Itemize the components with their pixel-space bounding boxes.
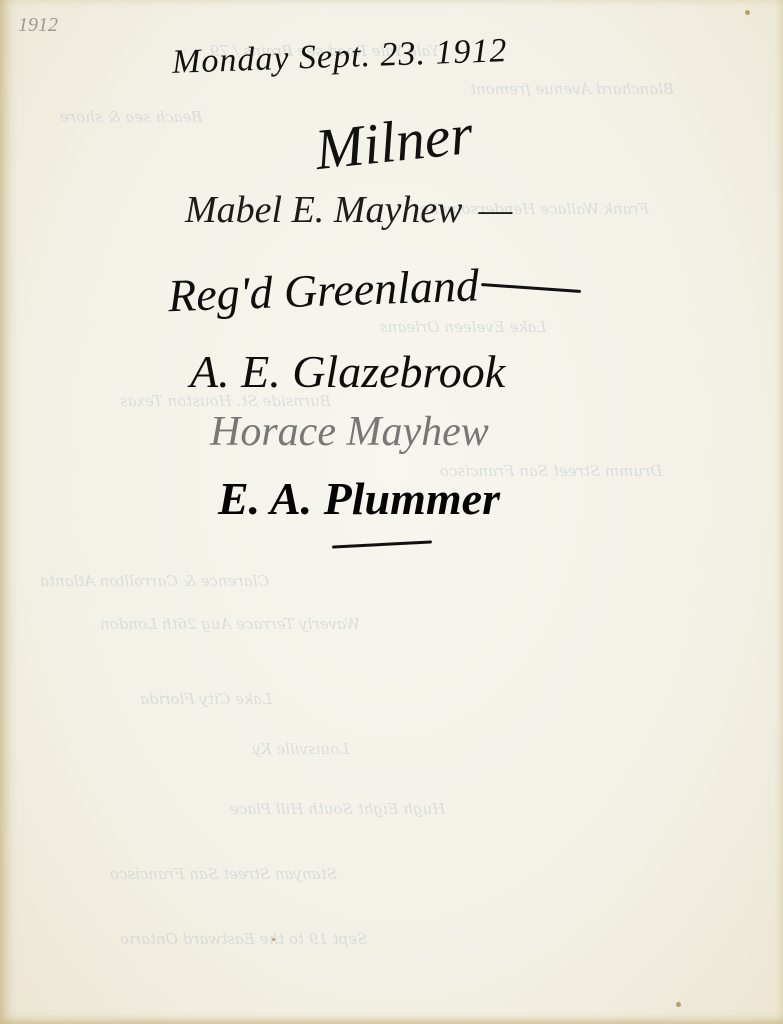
signature-horace-mayhew: Horace Mayhew: [210, 408, 489, 456]
signature-text: A. E. Glazebrook: [190, 346, 505, 397]
foxing-spot: [676, 1002, 681, 1007]
bleed-through-text: Blanchard Avenue fremont: [470, 80, 674, 98]
signature-flourish: [481, 283, 581, 293]
signature-text: Mabel E. Mayhew: [185, 189, 463, 231]
bleed-through-text: Stanyan Street San Francisco: [110, 865, 337, 883]
date-heading: Monday Sept. 23. 1912: [171, 32, 508, 82]
bleed-through-text: Sept 19 to the Eastward Ontario: [120, 930, 367, 948]
bleed-through-text: Lake City Florida: [140, 690, 272, 708]
signature-greenland: Reg'd Greenland: [167, 255, 581, 322]
bleed-through-text: Hugh Eight South Hill Place: [230, 800, 445, 818]
closing-underline: [332, 540, 432, 548]
bleed-through-text: Louisville Ky.: [250, 740, 349, 758]
bleed-through-text: Waverly Terrace Aug 26th London: [100, 615, 360, 633]
signature-text: Horace Mayhew: [210, 409, 489, 455]
signature-glazebrook: A. E. Glazebrook: [190, 345, 505, 398]
visitor-book-page: Yale Yale Road see Brains / 79 Blanchard…: [0, 0, 783, 1024]
signature-text: Milner: [312, 101, 476, 182]
foxing-spot: [272, 938, 275, 941]
signature-milner: Milner: [312, 100, 476, 183]
signature-mabel-mayhew: Mabel E. Mayhew—: [185, 188, 512, 232]
signature-dash: —: [479, 189, 513, 231]
foxing-spot: [745, 10, 750, 15]
signature-text: Reg'd Greenland: [167, 259, 479, 321]
signature-plummer: E. A. Plummer: [218, 472, 500, 525]
bleed-through-text: Lake Eveleen Orleans: [380, 318, 546, 336]
pencil-year-annotation: 1912: [18, 14, 58, 37]
bleed-through-text: Beach sea & shore: [60, 108, 203, 126]
signature-text: E. A. Plummer: [218, 473, 500, 524]
bleed-through-text: Clarence & Carrollton Atlanta: [40, 572, 269, 590]
